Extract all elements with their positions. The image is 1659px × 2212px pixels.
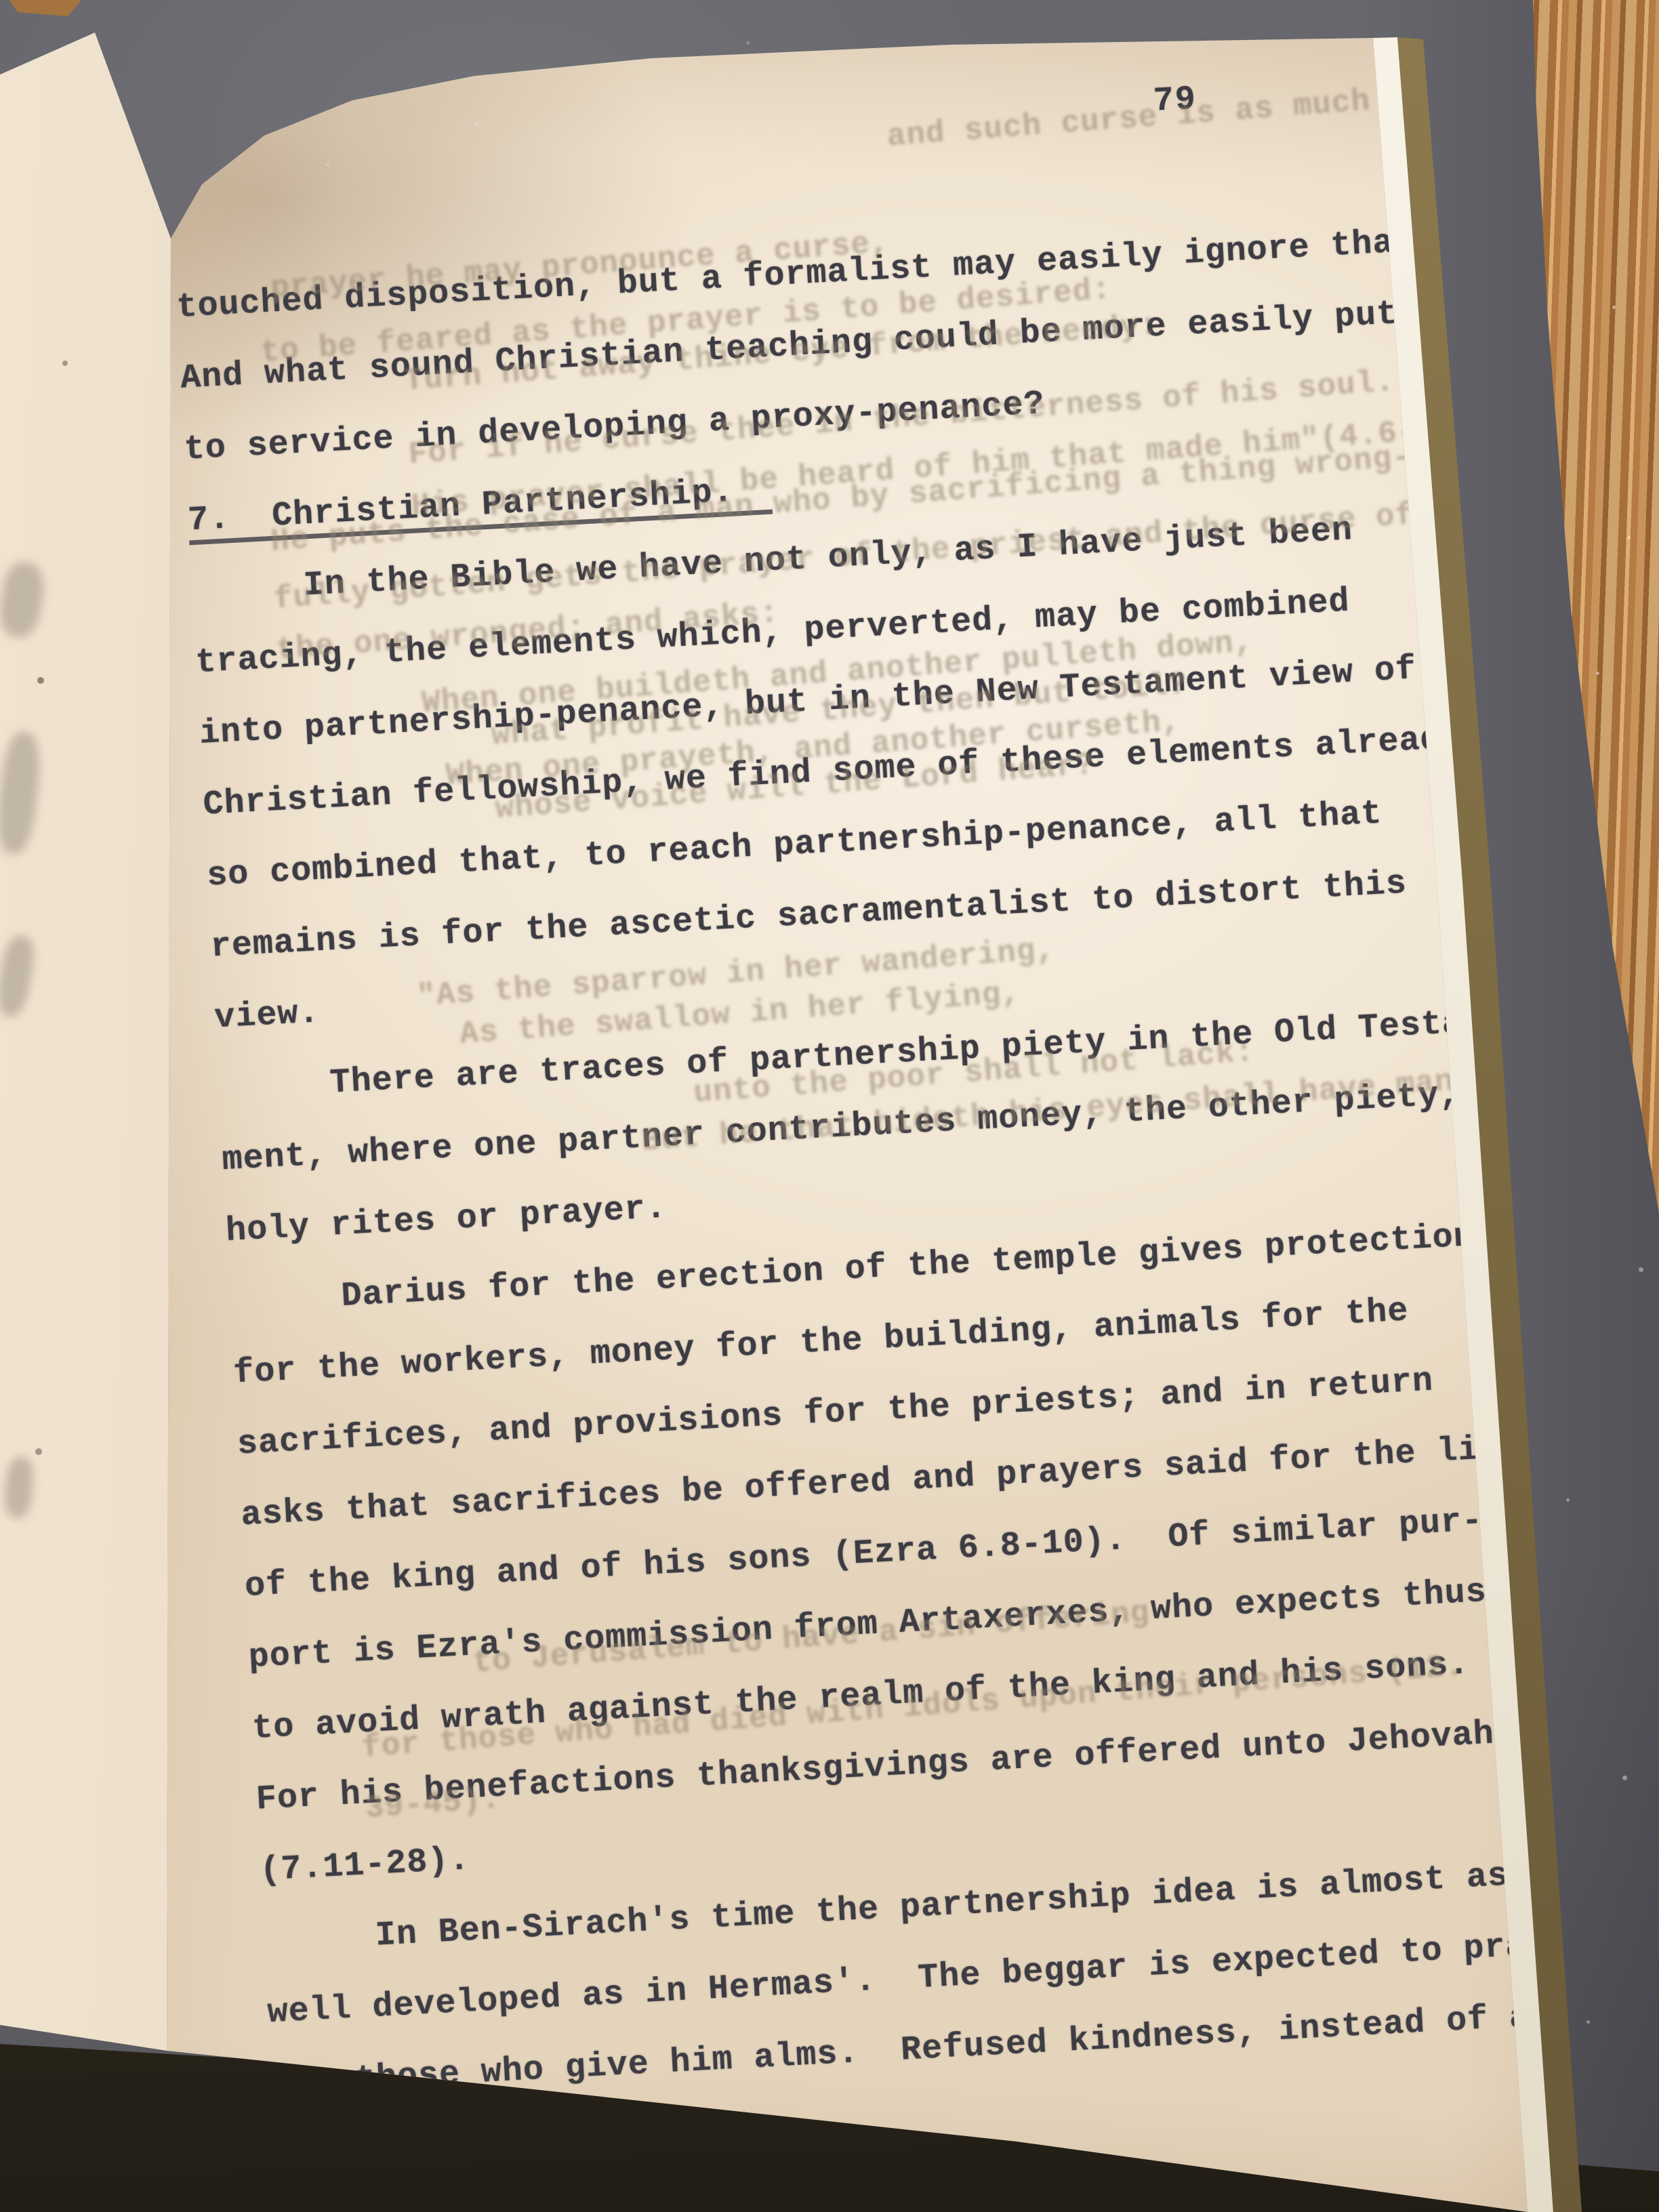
typed-text-block: touched disposition, but a formalist may… bbox=[175, 202, 1599, 2120]
ghost-bleed-line: and such curse is as much bbox=[886, 83, 1372, 155]
manuscript-photo: { "photo": { "subject": "typewritten man… bbox=[0, 0, 1659, 2212]
paper-specks bbox=[0, 0, 3, 3]
